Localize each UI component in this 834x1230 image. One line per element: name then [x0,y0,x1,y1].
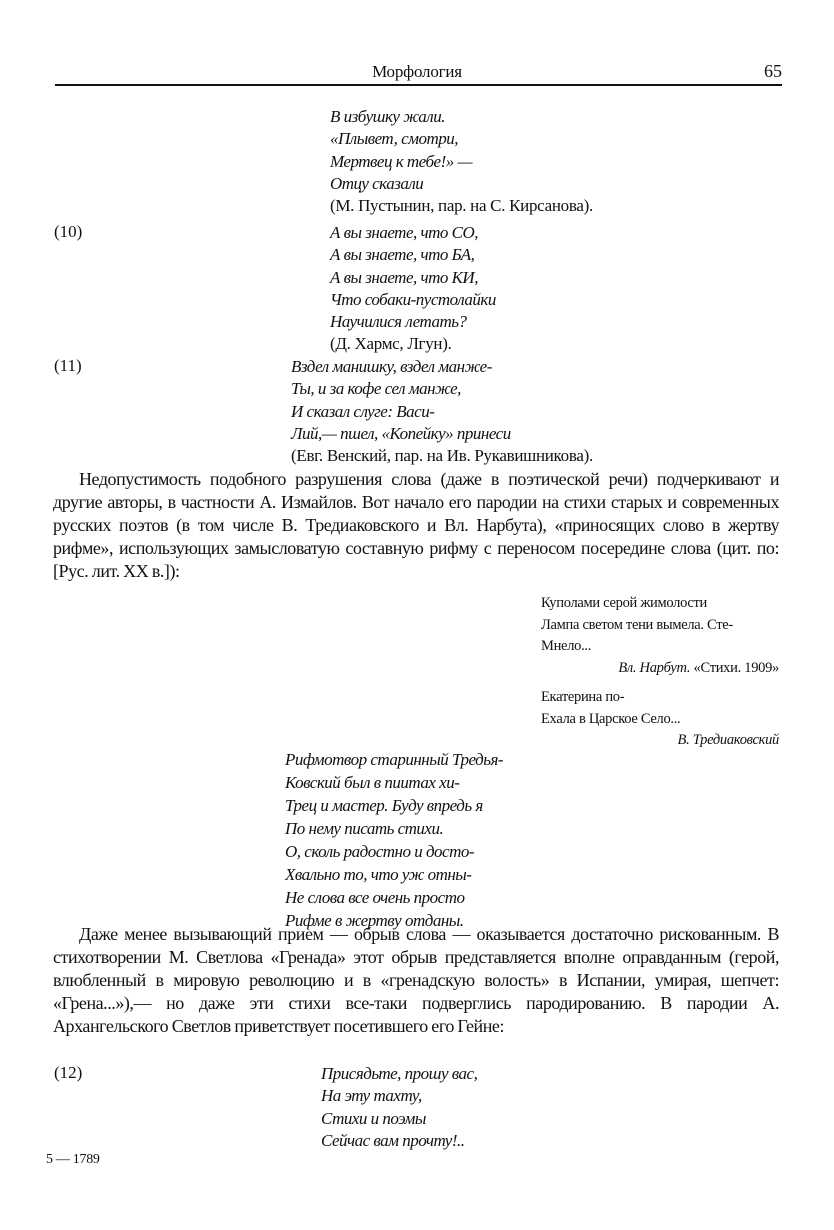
verse-line: Ты, и за кофе сел манже, [291,378,593,400]
verse-line: Сейчас вам прочту!.. [321,1130,477,1152]
quote-attribution: В. Тредиаковский [541,730,779,752]
verse-line: Отцу сказали [330,173,593,195]
verse-line: И сказал слуге: Васи- [291,401,593,423]
verse-line: О, сколь радостно и досто- [285,840,503,863]
running-title: Морфология [0,62,834,82]
parody-verse: Рифмотвор старинный Тредья- Ковский был … [285,748,503,932]
verse-line: «Плывет, смотри, [330,128,593,150]
body-paragraph-2: Даже менее вызывающий прием — обрыв слов… [53,923,779,1038]
verse-source: (М. Пустынин, пар. на С. Кирсанова). [330,195,593,217]
verse-line: Ковский был в пиитах хи- [285,771,503,794]
body-paragraph-1: Недопустимость подобного разрушения слов… [53,468,779,583]
verse-source: (Евг. Венский, пар. на Ив. Рукавишникова… [291,445,593,467]
verse-line: Стихи и поэмы [321,1108,477,1130]
example-number-10: (10) [54,222,82,242]
spacer [541,679,779,687]
verse-line: Научилися летать? [330,311,496,333]
verse-line: В избушку жали. [330,106,593,128]
quote-author: Вл. Нарбут. [618,660,690,676]
verse-line: Хвально то, что уж отны- [285,863,503,886]
verse-line: А вы знаете, что КИ, [330,267,496,289]
quote-attribution: Вл. Нарбут. «Стихи. 1909» [541,658,779,680]
verse-line: Мертвец к тебе!» — [330,151,593,173]
verse-line: Трец и мастер. Буду впредь я [285,794,503,817]
quote-line: Лампа светом тени вымела. Сте- [541,615,779,637]
epigraph-narbut: Куполами серой жимолости Лампа светом те… [541,593,779,752]
verse-line: Не слова все очень просто [285,886,503,909]
paragraph-text: Даже менее вызывающий прием — обрыв слов… [53,924,779,1036]
verse-line: Присядьте, прошу вас, [321,1063,477,1085]
quote-line: Ехала в Царское Село... [541,709,779,731]
page-number: 65 [764,61,782,82]
quote-author: В. Тредиаковский [678,732,779,748]
quote-line: Екатерина по- [541,687,779,709]
example-11-verse: Вздел манишку, вздел манже- Ты, и за коф… [291,356,593,467]
verse-line: Вздел манишку, вздел манже- [291,356,593,378]
example-number-11: (11) [54,356,82,376]
header-rule [55,84,782,86]
printer-signature: 5 — 1789 [46,1152,100,1168]
verse-source: (Д. Хармс, Лгун). [330,333,496,355]
verse-line: По нему писать стихи. [285,817,503,840]
example-12-verse: Присядьте, прошу вас, На эту тахту, Стих… [321,1063,477,1152]
example-10-verse: А вы знаете, что СО, А вы знаете, что БА… [330,222,496,356]
verse-line: Лий,— пшел, «Копейку» принеси [291,423,593,445]
quote-line: Куполами серой жимолости [541,593,779,615]
paragraph-text: Недопустимость подобного разрушения слов… [53,469,779,581]
verse-line: Рифмотвор старинный Тредья- [285,748,503,771]
verse-line: А вы знаете, что СО, [330,222,496,244]
verse-continuation: В избушку жали. «Плывет, смотри, Мертвец… [330,106,593,217]
verse-line: А вы знаете, что БА, [330,244,496,266]
example-number-12: (12) [54,1063,82,1083]
quote-line: Мнело... [541,636,779,658]
quote-work: «Стихи. 1909» [690,660,779,676]
verse-line: На эту тахту, [321,1085,477,1107]
verse-line: Что собаки-пустолайки [330,289,496,311]
